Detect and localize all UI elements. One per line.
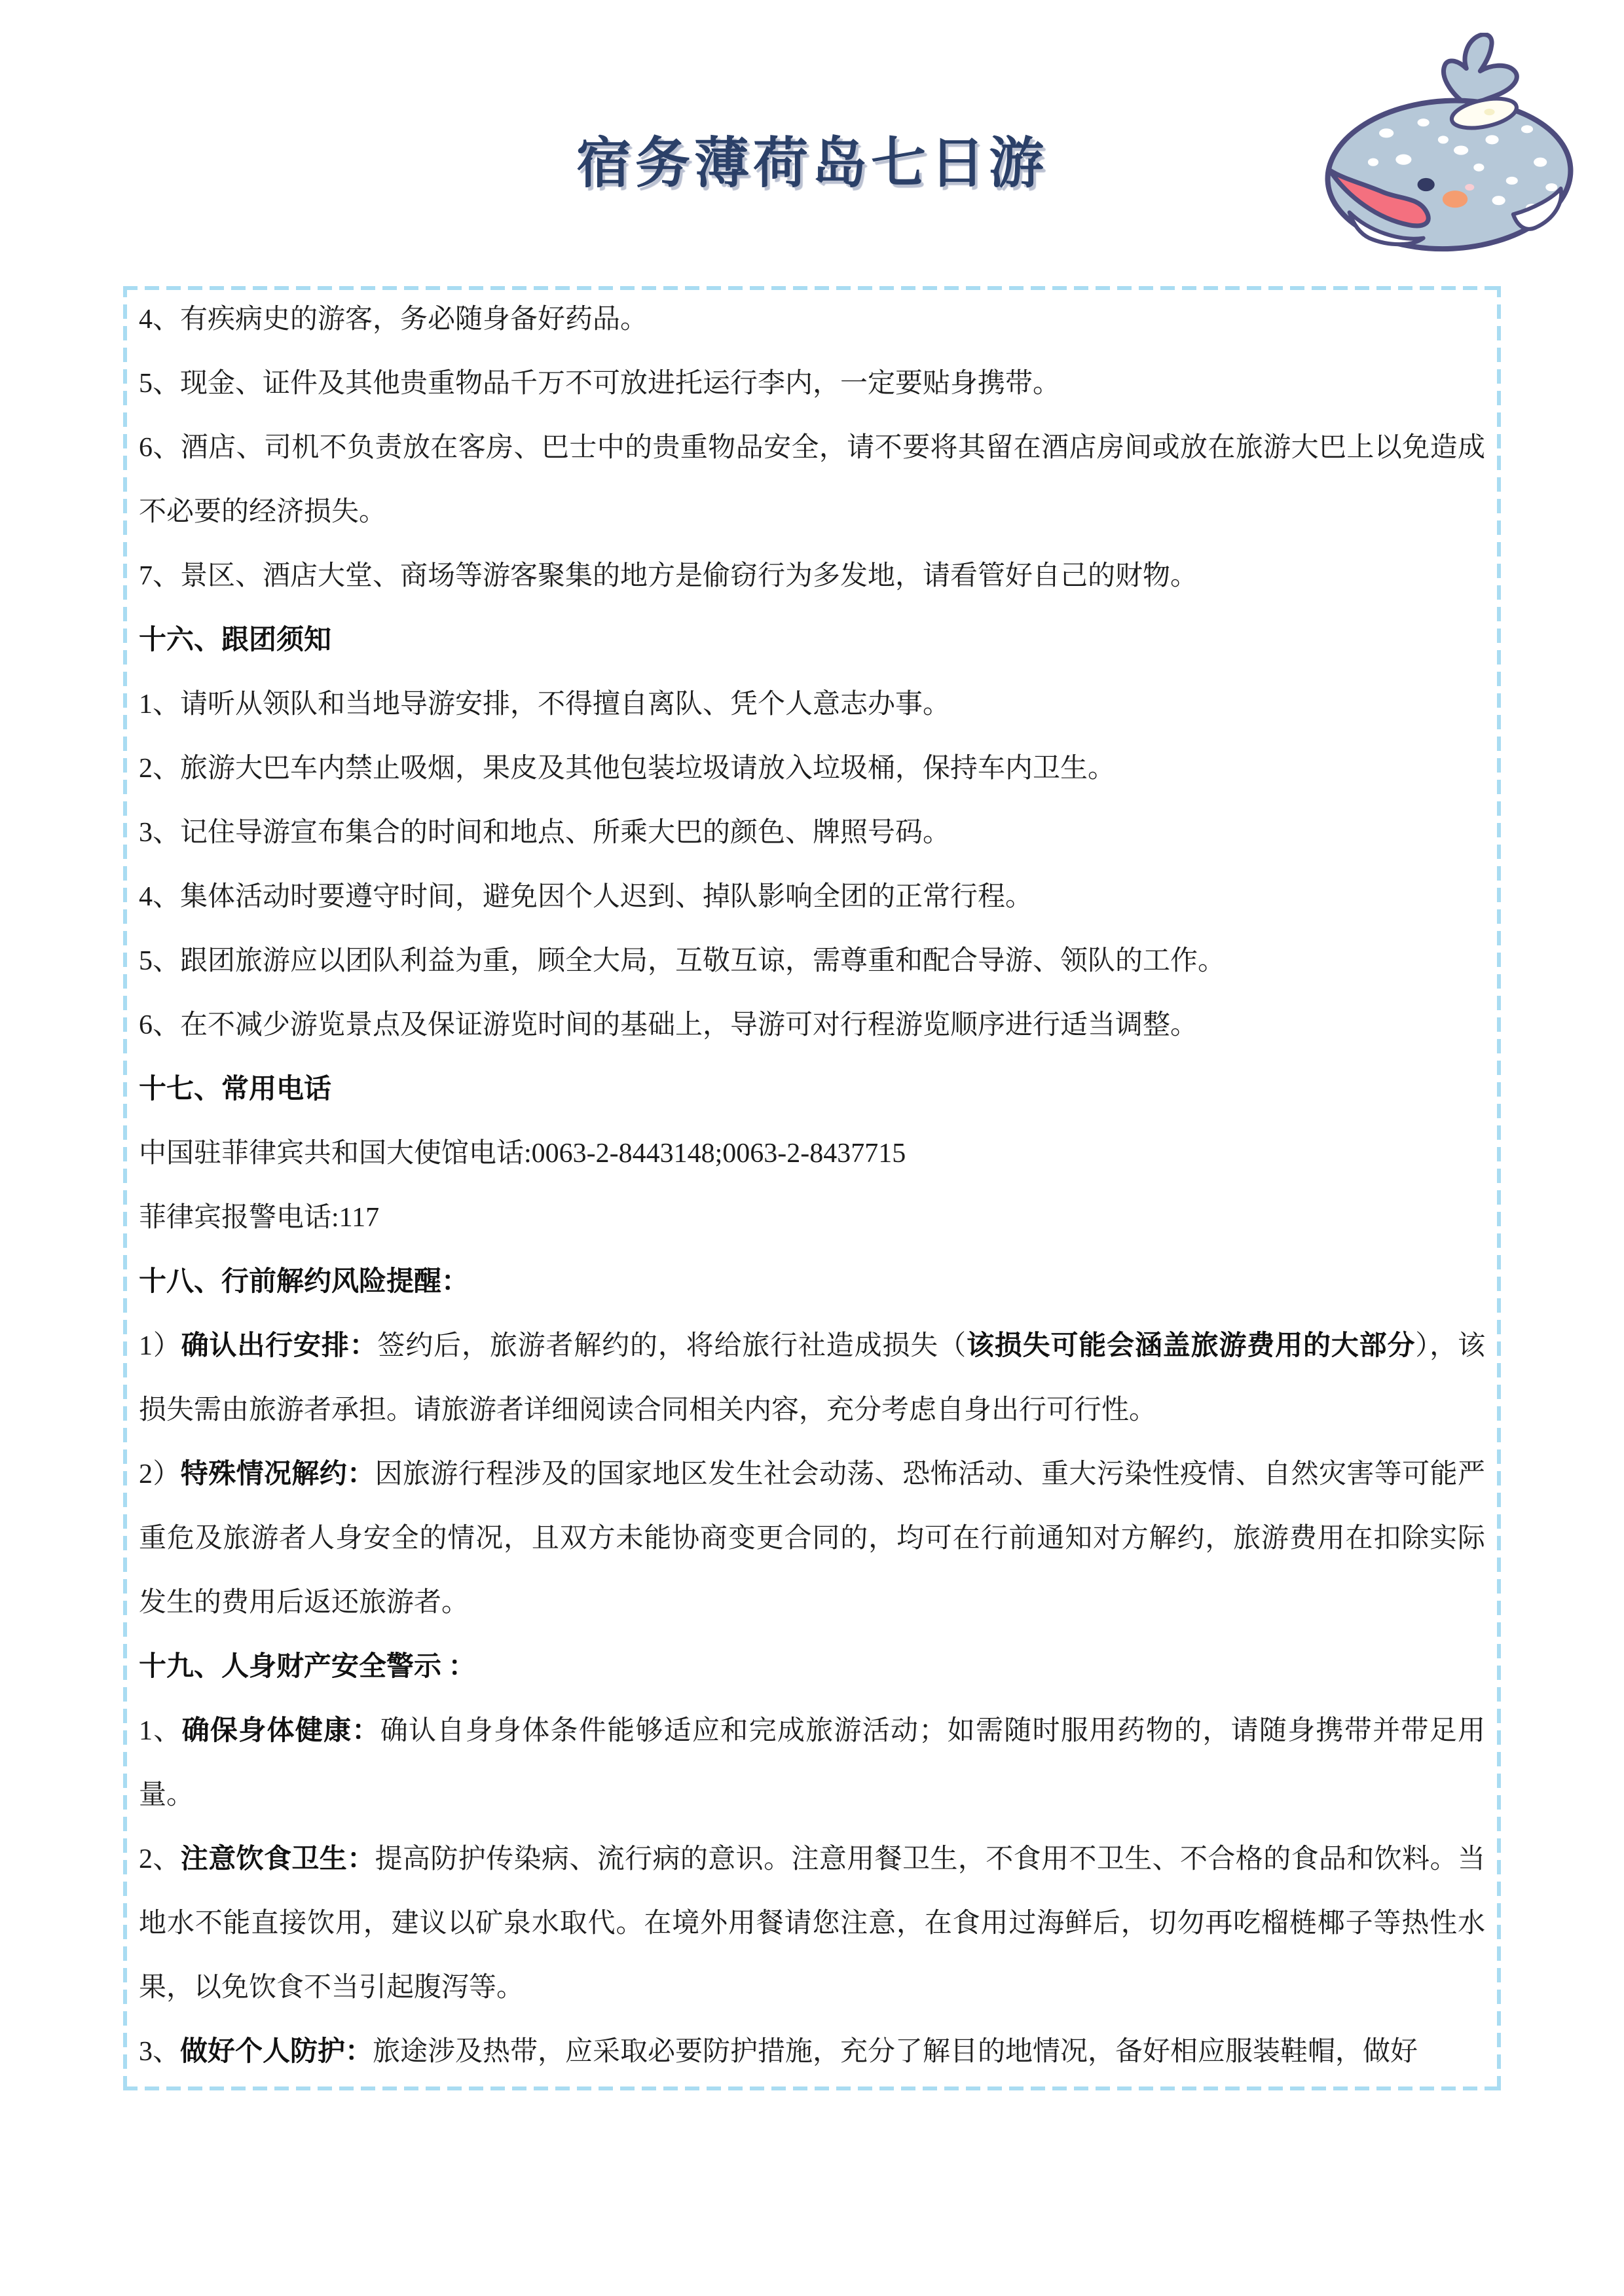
notice-paragraph: 2、注意饮食卫生：提高防护传染病、流行病的意识。注意用餐卫生，不食用不卫生、不合… — [139, 1827, 1485, 2020]
notice-paragraph: 5、现金、证件及其他贵重物品千万不可放进托运行李内，一定要贴身携带。 — [139, 352, 1485, 416]
notice-box: 4、有疾病史的游客，务必随身备好药品。5、现金、证件及其他贵重物品千万不可放进托… — [123, 286, 1501, 2090]
notice-paragraph: 4、有疾病史的游客，务必随身备好药品。 — [139, 287, 1485, 352]
section-heading: 十八、行前解约风险提醒： — [139, 1250, 1485, 1314]
whale-shark-image — [1324, 33, 1578, 261]
notice-paragraph: 5、跟团旅游应以团队利益为重，顾全大局，互敬互谅，需尊重和配合导游、领队的工作。 — [139, 929, 1485, 993]
whale-shark-icon — [1324, 33, 1578, 261]
notice-paragraph: 菲律宾报警电话:117 — [139, 1186, 1485, 1250]
notice-paragraph: 2）特殊情况解约：因旅游行程涉及的国家地区发生社会动荡、恐怖活动、重大污染性疫情… — [139, 1442, 1485, 1635]
section-heading: 十六、跟团须知 — [139, 608, 1485, 672]
notice-paragraph: 1、请听从领队和当地导游安排，不得擅自离队、凭个人意志办事。 — [139, 672, 1485, 737]
notice-paragraph: 2、旅游大巴车内禁止吸烟，果皮及其他包装垃圾请放入垃圾桶，保持车内卫生。 — [139, 737, 1485, 801]
notice-paragraph: 1）确认出行安排：签约后，旅游者解约的，将给旅行社造成损失（该损失可能会涵盖旅游… — [139, 1314, 1485, 1442]
notice-paragraph: 中国驻菲律宾共和国大使馆电话:0063-2-8443148;0063-2-843… — [139, 1121, 1485, 1186]
notice-paragraph: 6、在不减少游览景点及保证游览时间的基础上，导游可对行程游览顺序进行适当调整。 — [139, 993, 1485, 1057]
notice-paragraph: 1、确保身体健康：确认自身身体条件能够适应和完成旅游活动；如需随时服用药物的，请… — [139, 1699, 1485, 1827]
notice-paragraph: 3、做好个人防护：旅途涉及热带，应采取必要防护措施，充分了解目的地情况，备好相应… — [139, 2020, 1485, 2084]
notice-paragraph: 6、酒店、司机不负责放在客房、巴士中的贵重物品安全，请不要将其留在酒店房间或放在… — [139, 416, 1485, 544]
section-heading: 十七、常用电话 — [139, 1057, 1485, 1121]
page: { "header": { "title": "宿务薄荷岛七日游", "titl… — [0, 0, 1624, 2296]
notice-paragraph: 7、景区、酒店大堂、商场等游客聚集的地方是偷窃行为多发地，请看管好自己的财物。 — [139, 544, 1485, 608]
notice-paragraph: 4、集体活动时要遵守时间，避免因个人迟到、掉队影响全团的正常行程。 — [139, 865, 1485, 929]
section-heading: 十九、人身财产安全警示 ： — [139, 1635, 1485, 1699]
notice-paragraph: 3、记住导游宣布集合的时间和地点、所乘大巴的颜色、牌照号码。 — [139, 801, 1485, 865]
